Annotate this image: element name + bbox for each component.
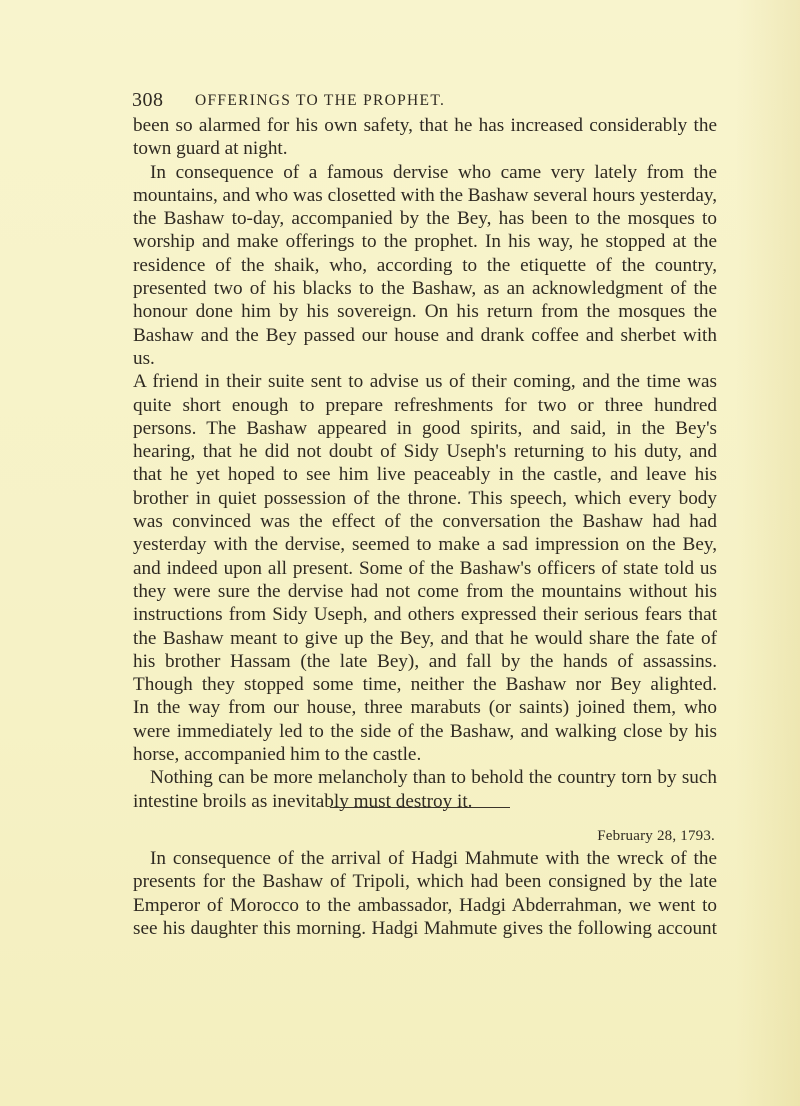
text-line: persons. The Bashaw appeared in good spi… (133, 417, 717, 440)
text-line: see his daughter this morning. Hadgi Mah… (133, 917, 717, 940)
text-line: yesterday with the dervise, seemed to ma… (133, 533, 717, 556)
paragraph-start-line: In consequence of a famous dervise who c… (133, 161, 717, 184)
text-line: mountains, and who was closetted with th… (133, 184, 717, 207)
text-line: hearing, that he did not doubt of Sidy U… (133, 440, 717, 463)
text-line: honour done him by his sovereign. On his… (133, 300, 717, 323)
paragraph-end-line: town guard at night. (133, 137, 717, 160)
text-line: his brother Hassam (the late Bey), and f… (133, 650, 717, 673)
text-line: that he yet hoped to see him live peacea… (133, 463, 717, 486)
paragraph-end-line: intestine broils as inevitably must dest… (133, 790, 717, 813)
text-line: instructions from Sidy Useph, and others… (133, 603, 717, 626)
paragraph-end-line: horse, accompanied him to the castle. (133, 743, 717, 766)
text-line: presented two of his blacks to the Basha… (133, 277, 717, 300)
text-line: quite short enough to prepare refreshmen… (133, 394, 717, 417)
body-text-section-1: been so alarmed for his own safety, that… (133, 114, 717, 813)
text-line: was convinced was the effect of the conv… (133, 510, 717, 533)
text-line: brother in quiet possession of the thron… (133, 487, 717, 510)
text-line: they were sure the dervise had not come … (133, 580, 717, 603)
body-text-section-2: In consequence of the arrival of Hadgi M… (133, 847, 717, 940)
paragraph-start-line: Nothing can be more melancholy than to b… (133, 766, 717, 789)
text-line: the Bashaw meant to give up the Bey, and… (133, 627, 717, 650)
section-divider-rule (330, 807, 510, 808)
running-title: OFFERINGS TO THE PROPHET. (195, 91, 445, 111)
text-line: the Bashaw to-day, accompanied by the Be… (133, 207, 717, 230)
text-line: presents for the Bashaw of Tripoli, whic… (133, 870, 717, 893)
page-number: 308 (132, 88, 164, 112)
text-line: Emperor of Morocco to the ambassador, Ha… (133, 894, 717, 917)
text-line: worship and make offerings to the prophe… (133, 230, 717, 253)
text-line: Bashaw and the Bey passed our house and … (133, 324, 717, 371)
text-line: and indeed upon all present. Some of the… (133, 557, 717, 580)
text-line: Though they stopped some time, neither t… (133, 673, 717, 696)
text-line: were immediately led to the side of the … (133, 720, 717, 743)
text-line: residence of the shaik, who, according t… (133, 254, 717, 277)
running-head: 308 OFFERINGS TO THE PROPHET. (132, 88, 716, 112)
dateline: February 28, 1793. (597, 826, 715, 846)
text-line: In the way from our house, three marabut… (133, 696, 717, 719)
paragraph: been so alarmed for his own safety, that… (133, 114, 717, 137)
paragraph-start-line: In consequence of the arrival of Hadgi M… (133, 847, 717, 870)
book-page: 308 OFFERINGS TO THE PROPHET. been so al… (0, 0, 800, 1106)
text-line: A friend in their suite sent to advise u… (133, 370, 717, 393)
